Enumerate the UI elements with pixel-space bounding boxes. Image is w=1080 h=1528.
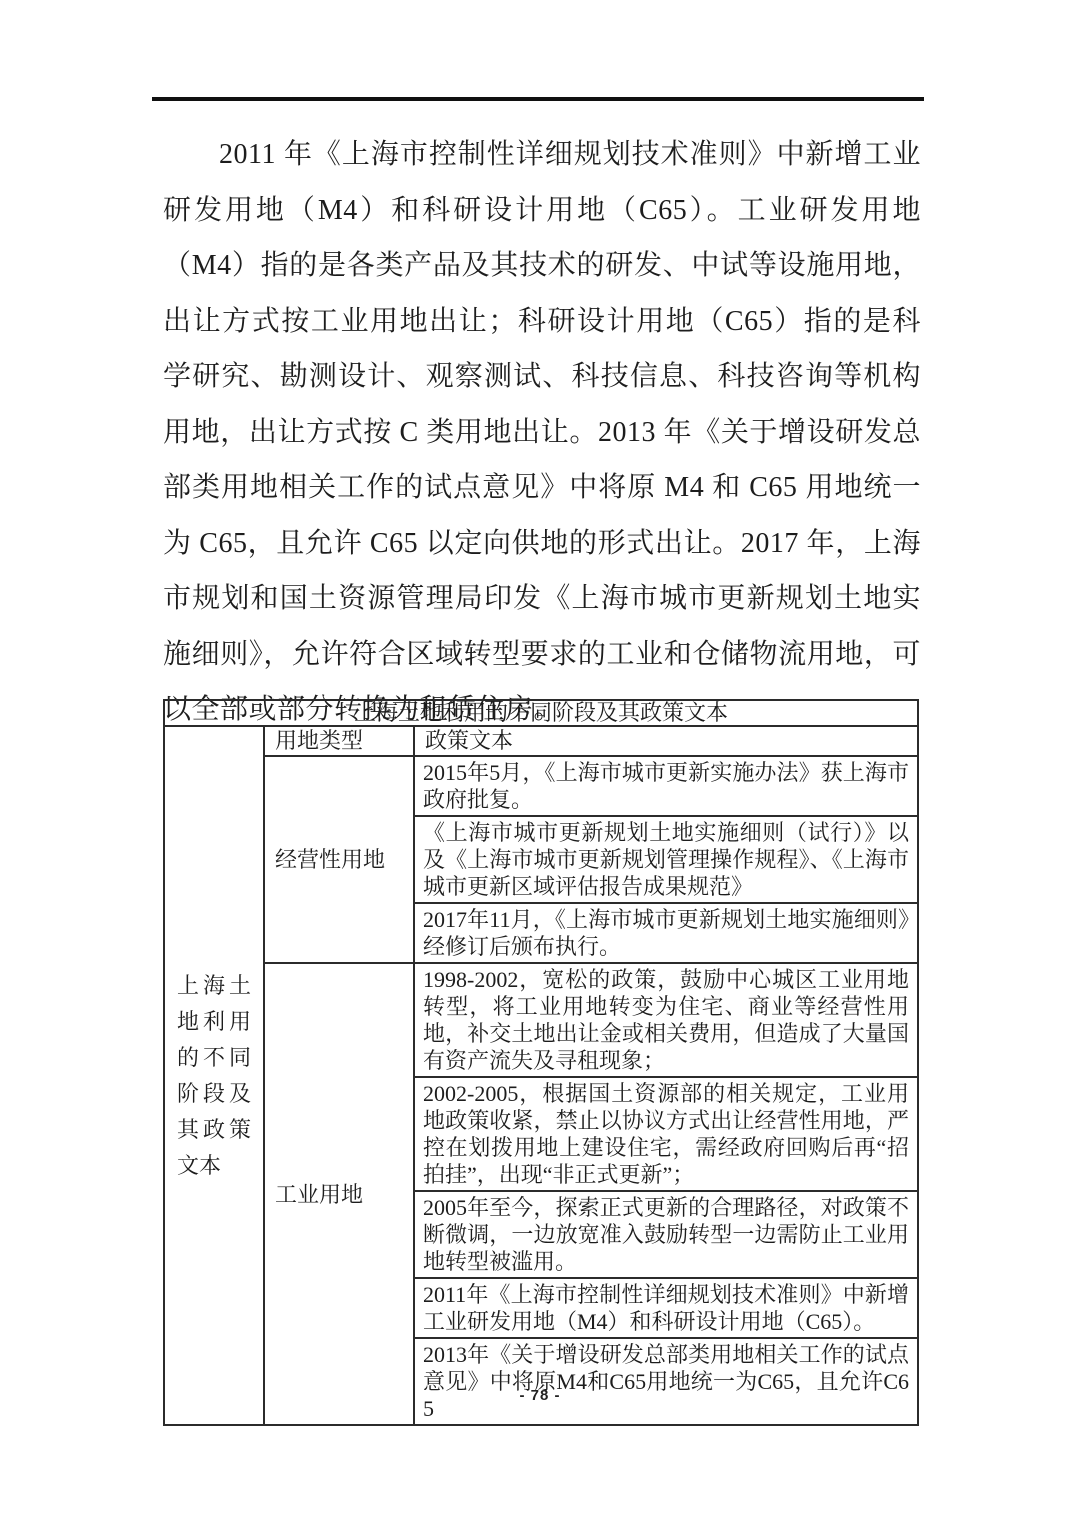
policy-text-cell: 1998-2002，宽松的政策，鼓励中心城区工业用地转型，将工业用地转变为住宅、…: [414, 963, 918, 1077]
table-left-label: 上海土地利用的不同阶段及其政策文本: [164, 726, 264, 1425]
table-title: 上海土地利用的不同阶段及其政策文本: [164, 700, 918, 726]
policy-table-body: 上海土地利用的不同阶段及其政策文本上海土地利用的不同阶段及其政策文本用地类型政策…: [164, 700, 918, 1425]
page-number: - 78 -: [0, 1387, 1080, 1404]
policy-text-cell: 2011年《上海市控制性详细规划技术准则》中新增工业研发用地（M4）和科研设计用…: [414, 1278, 918, 1338]
policy-text-cell: 2017年11月，《上海市城市更新规划土地实施细则》经修订后颁布执行。: [414, 903, 918, 963]
column-header-land-type: 用地类型: [264, 726, 414, 756]
policy-table: 上海土地利用的不同阶段及其政策文本上海土地利用的不同阶段及其政策文本用地类型政策…: [163, 699, 919, 1426]
column-header-policy-text: 政策文本: [414, 726, 918, 756]
body-paragraph: 2011 年《上海市控制性详细规划技术准则》中新增工业研发用地（M4）和科研设计…: [163, 127, 921, 738]
land-type-cell: 经营性用地: [264, 756, 414, 963]
policy-text-cell: 2015年5月，《上海市城市更新实施办法》获上海市政府批复。: [414, 756, 918, 816]
policy-text-cell: 2005年至今，探索正式更新的合理路径，对政策不断微调，一边放宽准入鼓励转型一边…: [414, 1191, 918, 1278]
policy-text-cell: 2002-2005，根据国土资源部的相关规定，工业用地政策收紧，禁止以协议方式出…: [414, 1077, 918, 1191]
policy-text-cell: 《上海市城市更新规划土地实施细则（试行）》以及《上海市城市更新规划管理操作规程》…: [414, 816, 918, 903]
header-rule: [152, 97, 924, 101]
land-type-cell: 工业用地: [264, 963, 414, 1425]
policy-text-cell: 2013年《关于增设研发总部类用地相关工作的试点意见》中将原M4和C65用地统一…: [414, 1338, 918, 1425]
document-page: 2011 年《上海市控制性详细规划技术准则》中新增工业研发用地（M4）和科研设计…: [0, 0, 1080, 1528]
